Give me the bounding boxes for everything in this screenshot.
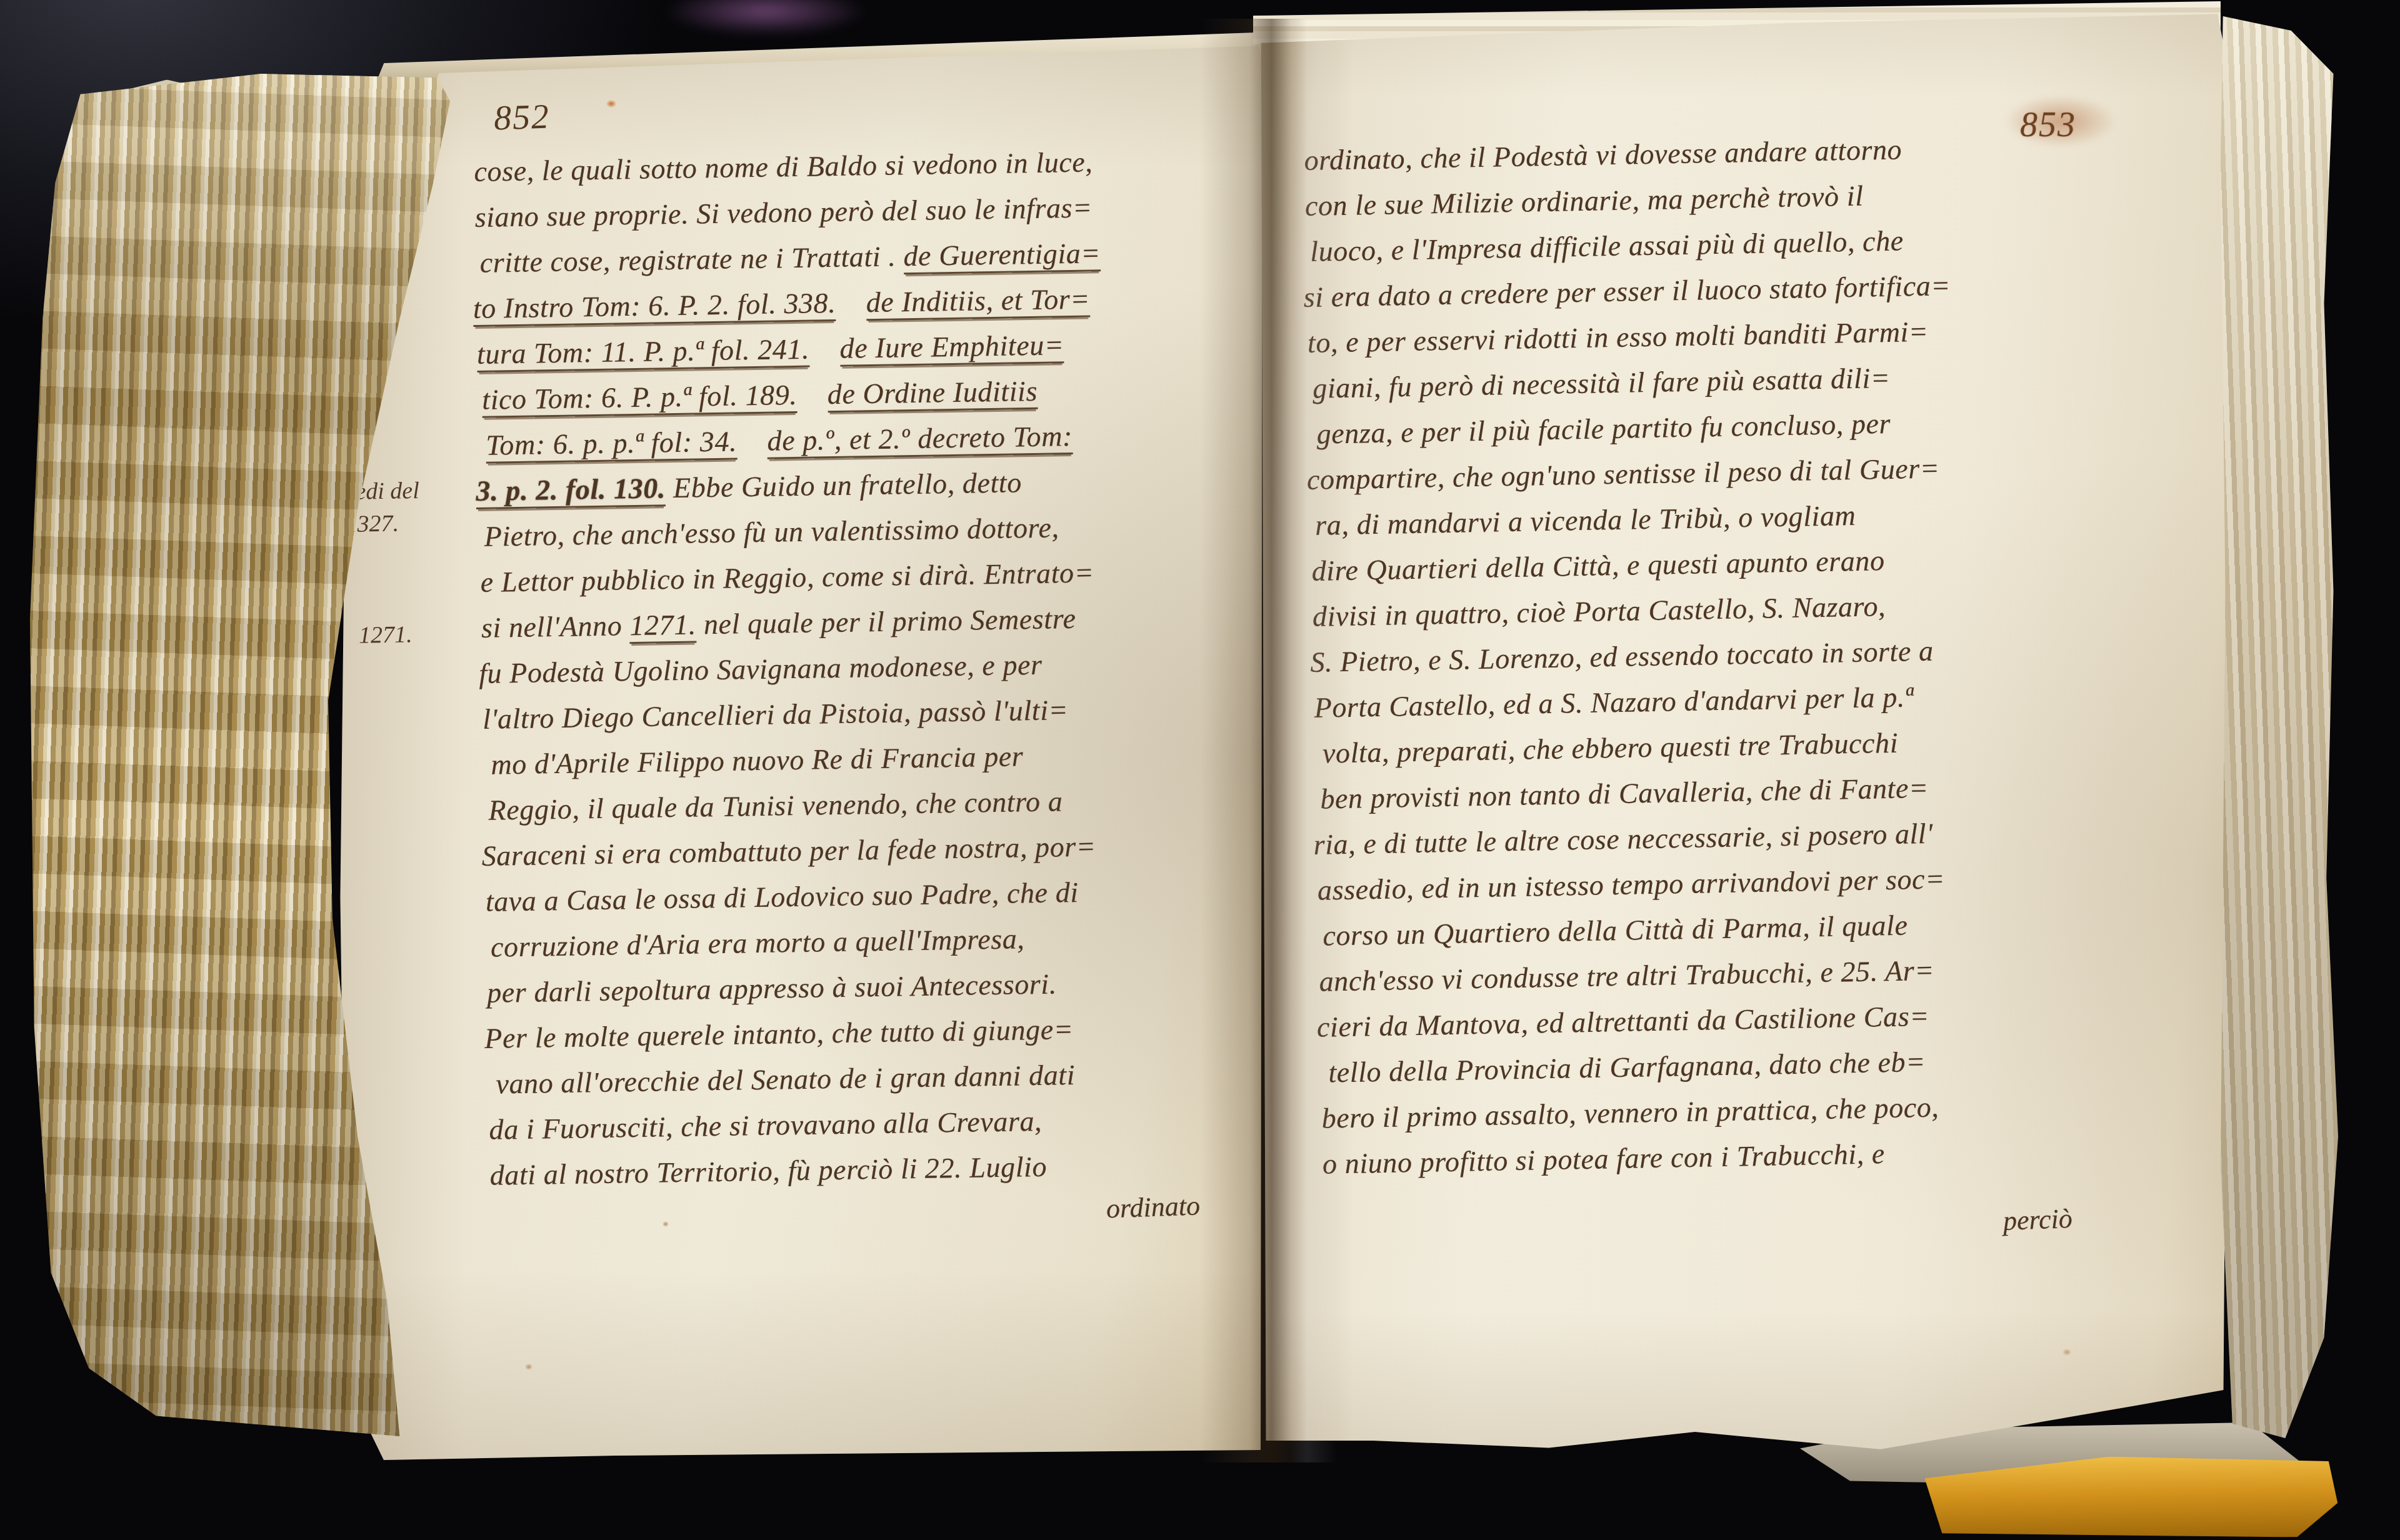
page-number-left: 852 [493,96,551,138]
magenta-light-flare [662,0,869,36]
catchword-right: perciò [2002,1202,2072,1237]
text-line: 1271. [359,618,412,651]
right-deckled-page-edges [2221,16,2338,1452]
margin-note-1271: 1271. [359,618,412,651]
paper-stain [662,1221,669,1227]
paper-stain [525,1364,532,1370]
photograph-open-manuscript-book: 852 vedi del1327. 1271. cose, le quali s… [0,0,2400,1540]
left-page-text-block: cose, le quali sotto nome di Baldo si ve… [474,137,1284,1199]
paper-stain [2062,1349,2071,1356]
right-page: 853 ordinato, che il Podestà vi dovesse … [1256,11,2231,1455]
paper-stain [606,100,616,107]
catchword-left: ordinato [1106,1189,1201,1224]
right-page-text-block: ordinato, che il Podestà vi dovesse anda… [1304,123,2179,1188]
left-page: 852 vedi del1327. 1271. cose, le quali s… [337,39,1262,1470]
